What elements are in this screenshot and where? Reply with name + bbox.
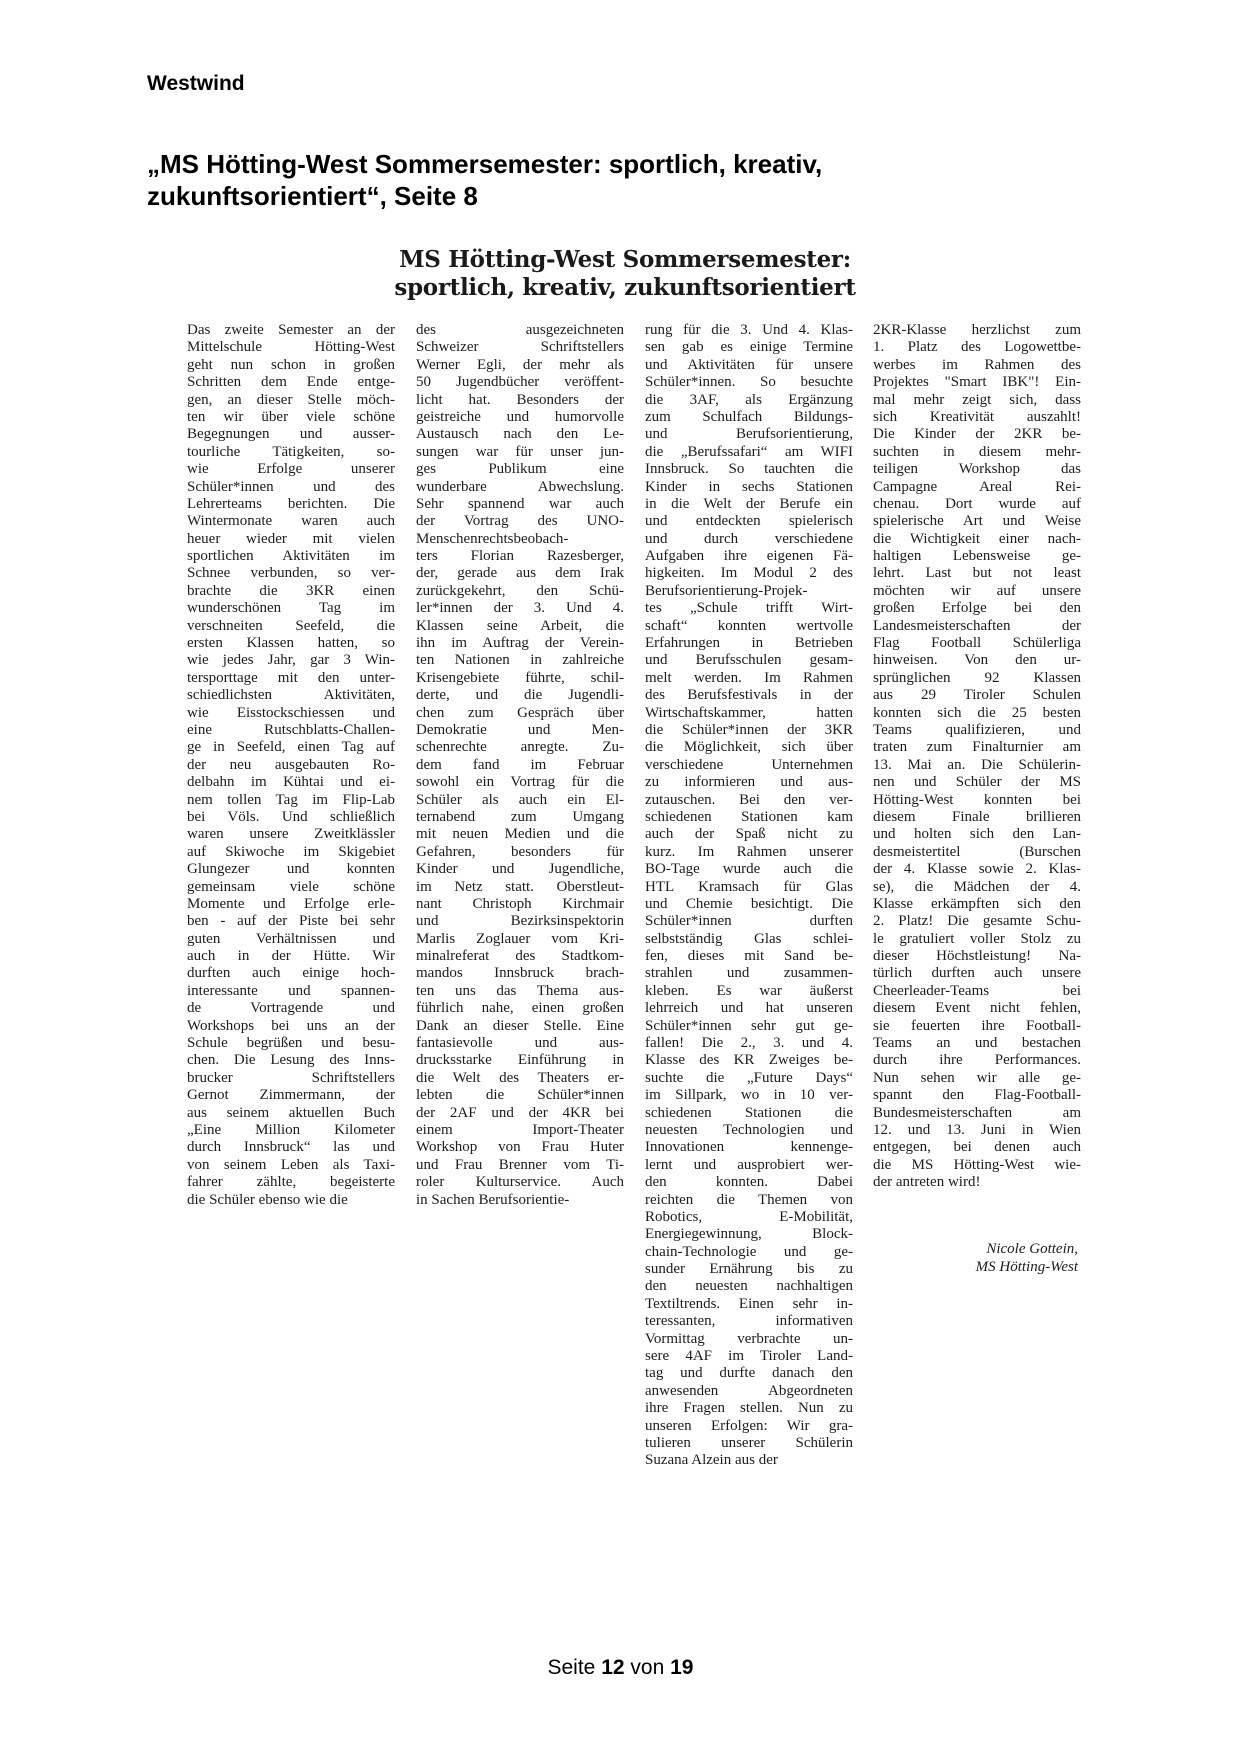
text-line: Sehr spannend war auch <box>416 496 624 513</box>
text-line: teiligen Workshop das <box>873 461 1081 478</box>
text-line: nem tollen Tag im Flip-Lab <box>187 792 395 809</box>
text-line: Projektes "Smart IBK"! Ein- <box>873 374 1081 391</box>
text-line: geht nun schon in großen <box>187 357 395 374</box>
footer-total-pages: 19 <box>670 1656 693 1679</box>
text-line: 2. Platz! Die gesamte Schu- <box>873 913 1081 930</box>
text-line: verschneiten Seefeld, die <box>187 618 395 635</box>
text-line: sungen war für unser jun- <box>416 444 624 461</box>
text-line: Klasse erkämpften sich den <box>873 896 1081 913</box>
text-line: die Schüler ebenso wie die <box>187 1192 395 1209</box>
text-line: le gratuliert voller Stolz zu <box>873 931 1081 948</box>
text-line: auch in der Hütte. Wir <box>187 948 395 965</box>
text-line: Workshops bei uns an der <box>187 1018 395 1035</box>
text-line: melt werden. Im Rahmen <box>645 670 853 687</box>
text-line: schiedenen Stationen kam <box>645 809 853 826</box>
text-line: wie Erfolge unserer <box>187 461 395 478</box>
text-line: se), die Mädchen der 4. <box>873 879 1081 896</box>
text-line: drucksstarke Einführung in <box>416 1052 624 1069</box>
text-line: Nun sehen wir alle ge- <box>873 1070 1081 1087</box>
text-line: nen und Schüler der MS <box>873 774 1081 791</box>
text-line: nant Christoph Kirchmair <box>416 896 624 913</box>
text-line: im Sillpark, wo in 10 ver- <box>645 1087 853 1104</box>
text-line: die MS Hötting-West wie- <box>873 1157 1081 1174</box>
text-line: mit neuen Medien und die <box>416 826 624 843</box>
text-line: minalreferat des Stadtkom- <box>416 948 624 965</box>
text-line: teressanten, informativen <box>645 1313 853 1330</box>
text-line: dem fand im Februar <box>416 757 624 774</box>
text-line: sen gab es einige Termine <box>645 339 853 356</box>
text-line: tulieren unserer Schülerin <box>645 1435 853 1452</box>
headline-line-2: sportlich, kreativ, zukunftsorientiert <box>380 274 870 302</box>
text-line: durften auch einige hoch- <box>187 965 395 982</box>
text-line: und Frau Brenner vom Ti- <box>416 1157 624 1174</box>
text-line: Die Kinder der 2KR be- <box>873 426 1081 443</box>
text-line: Dank an dieser Stelle. Eine <box>416 1018 624 1035</box>
text-line: Innsbruck. So tauchten die <box>645 461 853 478</box>
text-line: führlich nahe, einen großen <box>416 1000 624 1017</box>
text-line: ersten Klassen hatten, so <box>187 635 395 652</box>
text-line: fen, dieses mit Sand be- <box>645 948 853 965</box>
text-line: werbes im Rahmen des <box>873 357 1081 374</box>
text-line: die Welt des Theaters er- <box>416 1070 624 1087</box>
text-line: wie jedes Jahr, gar 3 Win- <box>187 652 395 669</box>
text-line: und holten sich den Lan- <box>873 826 1081 843</box>
article-column-4: 2KR-Klasse herzlichst zum1. Platz des Lo… <box>873 322 1081 1192</box>
article-column-3: rung für die 3. Und 4. Klas-sen gab es e… <box>645 322 853 1470</box>
text-line: Schüler*innen. So besuchte <box>645 374 853 391</box>
text-line: wunderbare Abwechslung. <box>416 479 624 496</box>
text-line: in Sachen Berufsorientie- <box>416 1192 624 1209</box>
text-line: higkeiten. Im Modul 2 des <box>645 565 853 582</box>
text-line: ges Publikum eine <box>416 461 624 478</box>
text-line: Textiltrends. Einen sehr in- <box>645 1296 853 1313</box>
text-line: Flag Football Schülerliga <box>873 635 1081 652</box>
text-line: fallen! Die 2., 3. und 4. <box>645 1035 853 1052</box>
text-line: gen, an dieser Stelle möch- <box>187 392 395 409</box>
text-line: Gernot Zimmermann, der <box>187 1087 395 1104</box>
text-line: türlich durften auch unsere <box>873 965 1081 982</box>
text-line: sich Kreativität auszahlt! <box>873 409 1081 426</box>
text-line: kurz. Im Rahmen unserer <box>645 844 853 861</box>
text-line: Schüler als auch ein El- <box>416 792 624 809</box>
article-headline: MS Hötting-West Sommersemester: sportlic… <box>380 246 870 302</box>
text-line: ten uns das Thema aus- <box>416 983 624 1000</box>
text-line: lernt und ausprobiert wer- <box>645 1157 853 1174</box>
text-line: Suzana Alzein aus der <box>645 1452 853 1469</box>
text-line: zutauschen. Bei den ver- <box>645 792 853 809</box>
page-number-footer: Seite 12 von 19 <box>0 1656 1241 1680</box>
text-line: Austausch nach den Le- <box>416 426 624 443</box>
text-line: unseren Erfolgen: Wir gra- <box>645 1418 853 1435</box>
text-line: ge in Seefeld, einen Tag auf <box>187 739 395 756</box>
text-line: aus 29 Tiroler Schulen <box>873 687 1081 704</box>
text-line: Schule begrüßen und besu- <box>187 1035 395 1052</box>
text-line: waren unsere Zweitklässler <box>187 826 395 843</box>
text-line: die 3AF, als Ergänzung <box>645 392 853 409</box>
text-line: der 4. Klasse sowie 2. Klas- <box>873 861 1081 878</box>
text-line: sowohl ein Vortrag für die <box>416 774 624 791</box>
text-line: Aufgaben ihre eigenen Fä- <box>645 548 853 565</box>
text-line: sere 4AF im Tiroler Land- <box>645 1348 853 1365</box>
text-line: der Vortrag des UNO- <box>416 513 624 530</box>
text-line: den neuesten nachhaltigen <box>645 1278 853 1295</box>
text-line: konnten sich die 25 besten <box>873 705 1081 722</box>
text-line: hinweisen. Von den ur- <box>873 652 1081 669</box>
text-line: delbahn im Kühtai und ei- <box>187 774 395 791</box>
text-line: geistreiche und humorvolle <box>416 409 624 426</box>
text-line: entgegen, bei denen auch <box>873 1139 1081 1156</box>
text-line: eine Rutschblatts-Challen- <box>187 722 395 739</box>
text-line: Schüler*innen sehr gut ge- <box>645 1018 853 1035</box>
text-line: die Schüler*innen der 3KR <box>645 722 853 739</box>
text-line: sie feuerten ihre Football- <box>873 1018 1081 1035</box>
publication-name: Westwind <box>147 72 245 96</box>
text-line: und entdeckten spielerisch <box>645 513 853 530</box>
text-line: fahrer zählte, begeisterte <box>187 1174 395 1191</box>
text-line: von seinem Leben als Taxi- <box>187 1157 395 1174</box>
text-line: Marlis Zoglauer vom Kri- <box>416 931 624 948</box>
text-line: bei Völs. Und schließlich <box>187 809 395 826</box>
text-line: kleben. Es war äußerst <box>645 983 853 1000</box>
text-line: Menschenrechtsbeobach- <box>416 531 624 548</box>
text-line: auch der Spaß nicht zu <box>645 826 853 843</box>
text-line: und Bezirksinspektorin <box>416 913 624 930</box>
text-line: im Netz statt. Oberstleut- <box>416 879 624 896</box>
footer-current-page: 12 <box>601 1656 624 1679</box>
text-line: der antreten wird! <box>873 1174 1081 1191</box>
text-line: einem Import-Theater <box>416 1122 624 1139</box>
text-line: sunder Ernährung bis zu <box>645 1261 853 1278</box>
text-line: großen Erfolge bei den <box>873 600 1081 617</box>
text-line: Krisengebiete führte, schil- <box>416 670 624 687</box>
text-line: Das zweite Semester an der <box>187 322 395 339</box>
text-line: de Vortragende und <box>187 1000 395 1017</box>
text-line: brucker Schriftstellers <box>187 1070 395 1087</box>
text-line: Schüler*innen durften <box>645 913 853 930</box>
text-line: schenrechte anregte. Zu- <box>416 739 624 756</box>
text-line: derte, und die Jugendli- <box>416 687 624 704</box>
text-line: Energiegewinnung, Block- <box>645 1226 853 1243</box>
text-line: Vormittag verbrachte un- <box>645 1331 853 1348</box>
text-line: tag und durfte danach den <box>645 1365 853 1382</box>
text-line: zu informieren und aus- <box>645 774 853 791</box>
text-line: tersporttage mit den unter- <box>187 670 395 687</box>
text-line: der 2AF und der 4KR bei <box>416 1105 624 1122</box>
text-line: diesem Finale brillieren <box>873 809 1081 826</box>
text-line: durch ihre Performances. <box>873 1052 1081 1069</box>
text-line: Demokratie und Men- <box>416 722 624 739</box>
text-line: schiedlichsten Aktivitäten, <box>187 687 395 704</box>
text-line: ten wir über viele schöne <box>187 409 395 426</box>
text-line: chen. Die Lesung des Inns- <box>187 1052 395 1069</box>
text-line: Landesmeisterschaften der <box>873 618 1081 635</box>
text-line: strahlen und zusammen- <box>645 965 853 982</box>
text-line: schaft“ konnten wertvolle <box>645 618 853 635</box>
text-line: wie Eisstockschiessen und <box>187 705 395 722</box>
text-line: 1. Platz des Logowettbe- <box>873 339 1081 356</box>
article-column-1: Das zweite Semester an derMittelschule H… <box>187 322 395 1209</box>
text-line: ters Florian Razesberger, <box>416 548 624 565</box>
text-line: BO-Tage wurde auch die <box>645 861 853 878</box>
text-line: Begegnungen und ausser- <box>187 426 395 443</box>
text-line: in die Welt der Berufe ein <box>645 496 853 513</box>
text-line: Workshop von Frau Huter <box>416 1139 624 1156</box>
text-line: reichten die Themen von <box>645 1192 853 1209</box>
text-line: Kinder in sechs Stationen <box>645 479 853 496</box>
text-line: durch Innsbruck“ las und <box>187 1139 395 1156</box>
text-line: ler*innen der 3. Und 4. <box>416 600 624 617</box>
text-line: die Möglichkeit, sich über <box>645 739 853 756</box>
text-line: Mittelschule Hötting-West <box>187 339 395 356</box>
text-line: Teams an und bestachen <box>873 1035 1081 1052</box>
text-line: Schweizer Schriftstellers <box>416 339 624 356</box>
text-line: des ausgezeichneten <box>416 322 624 339</box>
text-line: desmeistertitel (Burschen <box>873 844 1081 861</box>
text-line: und Chemie besichtigt. Die <box>645 896 853 913</box>
text-line: aus seinem aktuellen Buch <box>187 1105 395 1122</box>
article-signature: Nicole Gottein, MS Hötting-West <box>873 1240 1078 1276</box>
text-line: gemeinsam viele schöne <box>187 879 395 896</box>
text-line: die „Berufssafari“ am WIFI <box>645 444 853 461</box>
text-line: chain-Technologie und ge- <box>645 1244 853 1261</box>
text-line: Teams qualifizieren, und <box>873 722 1081 739</box>
text-line: traten zum Finalturnier am <box>873 739 1081 756</box>
text-line: rung für die 3. Und 4. Klas- <box>645 322 853 339</box>
text-line: diesem Event nicht fehlen, <box>873 1000 1081 1017</box>
text-line: Innovationen kennenge- <box>645 1139 853 1156</box>
text-line: suchten in diesem mehr- <box>873 444 1081 461</box>
text-line: 13. Mai an. Die Schülerin- <box>873 757 1081 774</box>
signature-school: MS Hötting-West <box>873 1258 1078 1276</box>
text-line: auf Skiwoche im Skigebiet <box>187 844 395 861</box>
text-line: Robotics, E-Mobilität, <box>645 1209 853 1226</box>
article-column-2: des ausgezeichnetenSchweizer Schriftstel… <box>416 322 624 1209</box>
text-line: ihn im Auftrag der Verein- <box>416 635 624 652</box>
text-line: Schüler*innen und des <box>187 479 395 496</box>
footer-prefix: Seite <box>548 1656 596 1679</box>
text-line: suchte die „Future Days“ <box>645 1070 853 1087</box>
text-line: neuesten Technologien und <box>645 1122 853 1139</box>
document-title: „MS Hötting-West Sommersemester: sportli… <box>147 148 1047 212</box>
text-line: und durch verschiedene <box>645 531 853 548</box>
text-line: ben - auf der Piste bei sehr <box>187 913 395 930</box>
footer-separator: von <box>630 1656 664 1679</box>
text-line: dieser Höchstleistung! Na- <box>873 948 1081 965</box>
text-line: HTL Kramsach für Glas <box>645 879 853 896</box>
text-line: lebten die Schüler*innen <box>416 1087 624 1104</box>
text-line: und Berufsorientierung, <box>645 426 853 443</box>
text-line: ternabend zum Umgang <box>416 809 624 826</box>
text-line: Klasse des KR Zweiges be- <box>645 1052 853 1069</box>
text-line: mandos Innsbruck brach- <box>416 965 624 982</box>
text-line: 12. und 13. Juni in Wien <box>873 1122 1081 1139</box>
text-line: verschiedene Unternehmen <box>645 757 853 774</box>
text-line: 2KR-Klasse herzlichst zum <box>873 322 1081 339</box>
text-line: fantasievolle und aus- <box>416 1035 624 1052</box>
text-line: schiedenen Stationen die <box>645 1105 853 1122</box>
text-line: Hötting-West konnten bei <box>873 792 1081 809</box>
text-line: chenau. Dort wurde auf <box>873 496 1081 513</box>
text-line: Erfahrungen in Betrieben <box>645 635 853 652</box>
text-line: selbstständig Glas schlei- <box>645 931 853 948</box>
text-line: Wirtschaftskammer, hatten <box>645 705 853 722</box>
text-line: tourliche Tätigkeiten, so- <box>187 444 395 461</box>
text-line: lehrt. Last but not least <box>873 565 1081 582</box>
text-line: sportlichen Aktivitäten im <box>187 548 395 565</box>
text-line: Bundesmeisterschaften am <box>873 1105 1081 1122</box>
text-line: interessante und spannen- <box>187 983 395 1000</box>
text-line: 50 Jugendbücher veröffent- <box>416 374 624 391</box>
text-line: „Eine Million Kilometer <box>187 1122 395 1139</box>
text-line: die Wichtigkeit einer nach- <box>873 531 1081 548</box>
text-line: haltigen Lebensweise ge- <box>873 548 1081 565</box>
text-line: Cheerleader-Teams bei <box>873 983 1081 1000</box>
text-line: Berufsorientierung-Projek- <box>645 583 853 600</box>
text-line: Glungezer und konnten <box>187 861 395 878</box>
text-line: Klassen seine Arbeit, die <box>416 618 624 635</box>
text-line: Wintermonate waren auch <box>187 513 395 530</box>
signature-author: Nicole Gottein, <box>873 1240 1078 1258</box>
text-line: sprünglichen 92 Klassen <box>873 670 1081 687</box>
text-line: Werner Egli, der mehr als <box>416 357 624 374</box>
text-line: den konnten. Dabei <box>645 1174 853 1191</box>
text-line: licht hat. Besonders der <box>416 392 624 409</box>
text-line: wunderschönen Tag im <box>187 600 395 617</box>
text-line: Gefahren, besonders für <box>416 844 624 861</box>
text-line: heuer wieder mit vielen <box>187 531 395 548</box>
text-line: und Berufsschulen gesam- <box>645 652 853 669</box>
text-line: zum Schulfach Bildungs- <box>645 409 853 426</box>
text-line: Kinder und Jugendliche, <box>416 861 624 878</box>
text-line: mal mehr zeigt sich, dass <box>873 392 1081 409</box>
text-line: der neu ausgebauten Ro- <box>187 757 395 774</box>
text-line: brachte die 3KR einen <box>187 583 395 600</box>
text-line: zurückgekehrt, den Schü- <box>416 583 624 600</box>
text-line: spielerische Art und Weise <box>873 513 1081 530</box>
text-line: lehrreich und hat unseren <box>645 1000 853 1017</box>
text-line: Momente und Erfolge erle- <box>187 896 395 913</box>
text-line: Schnee verbunden, so ver- <box>187 565 395 582</box>
text-line: roler Kulturservice. Auch <box>416 1174 624 1191</box>
text-line: Schritten dem Ende entge- <box>187 374 395 391</box>
text-line: und Aktivitäten für unsere <box>645 357 853 374</box>
text-line: ten Nationen in zahlreiche <box>416 652 624 669</box>
text-line: spannt den Flag-Football- <box>873 1087 1081 1104</box>
text-line: möchten wir auf unsere <box>873 583 1081 600</box>
text-line: anwesenden Abgeordneten <box>645 1383 853 1400</box>
text-line: ihre Fragen stellen. Nun zu <box>645 1400 853 1417</box>
text-line: chen zum Gespräch über <box>416 705 624 722</box>
text-line: Lehrerteams berichten. Die <box>187 496 395 513</box>
text-line: guten Verhältnissen und <box>187 931 395 948</box>
text-line: tes „Schule trifft Wirt- <box>645 600 853 617</box>
headline-line-1: MS Hötting-West Sommersemester: <box>380 246 870 274</box>
text-line: des Berufsfestivals in der <box>645 687 853 704</box>
text-line: der, gerade aus dem Irak <box>416 565 624 582</box>
text-line: Campagne Areal Rei- <box>873 479 1081 496</box>
